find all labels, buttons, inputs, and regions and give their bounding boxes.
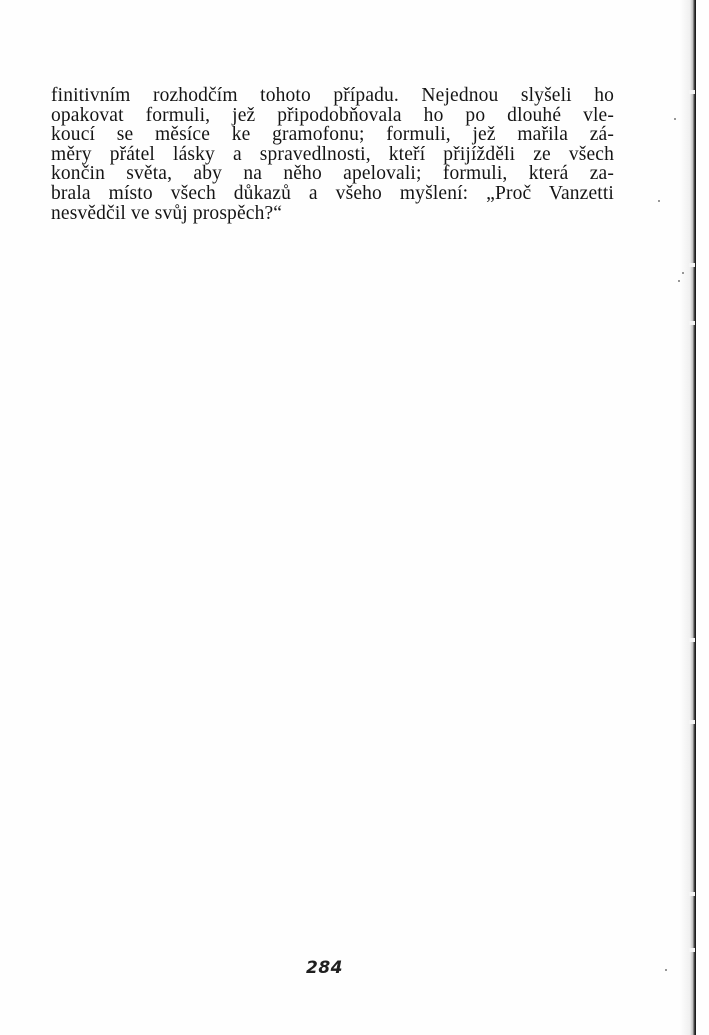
text-line: končin světa, aby na něho apelovali; for… [51,164,614,184]
text-line: nesvědčil ve svůj prospěch?“ [51,204,614,224]
edge-notch [689,321,695,325]
page-number: 284 [306,958,366,978]
text-line: finitivním rozhodčím tohoto případu. Nej… [51,86,614,106]
scan-speck [678,280,680,282]
text-line: brala místo všech důkazů a všeho myšlení… [51,184,614,204]
scan-speck [682,272,684,274]
page-binding-edge [690,0,696,1035]
scan-speck [665,969,667,971]
text-line: měry přátel lásky a spravedlnosti, kteří… [51,145,614,165]
edge-notch [689,90,695,94]
edge-notch [689,638,695,642]
scan-speck [674,118,676,120]
scan-speck [658,200,660,202]
book-page: finitivním rozhodčím tohoto případu. Nej… [0,0,709,1035]
text-line: opakovat formuli, jež připodobňovala ho … [51,106,614,126]
edge-notch [689,720,695,724]
text-line: koucí se měsíce ke gramofonu; formuli, j… [51,125,614,145]
edge-notch [689,263,695,267]
edge-notch [689,892,695,896]
edge-notch [689,948,695,952]
body-text: finitivním rozhodčím tohoto případu. Nej… [51,86,614,223]
